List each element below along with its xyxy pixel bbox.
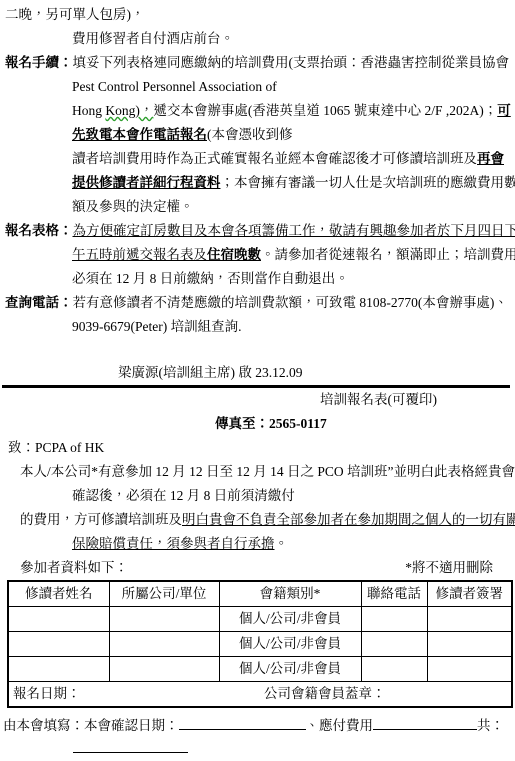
column-header: 會籍類別* bbox=[219, 581, 361, 607]
table-row: 個人/公司/非會員 bbox=[8, 657, 512, 682]
declaration-line-4: 保險賠償責任，須參與者自行承擔。 bbox=[0, 532, 515, 556]
spellcheck-underlined-text: Kong)， bbox=[105, 103, 153, 118]
procedure-line-2: Pest Control Personnel Association of bbox=[0, 75, 515, 99]
blank-cell bbox=[361, 657, 427, 682]
emphasized-text: 查詢電話： bbox=[5, 295, 73, 310]
text-segment: ；本會擁有審議一切人仕是次培訓班的應繳費用數 bbox=[221, 175, 515, 190]
text-segment: Hong bbox=[72, 103, 105, 118]
registration-date-label: 報名日期： bbox=[9, 686, 81, 701]
text-segment: 的費用，方可修讀培訓班及 bbox=[20, 512, 182, 527]
table-header-row: 修讀者姓名所屬公司/單位會籍類別*聯絡電話修讀者簽署 bbox=[8, 581, 512, 607]
text-segment: 。請參加者從速報名，額滿即止；培訓費用 bbox=[261, 247, 515, 262]
membership-type-cell: 個人/公司/非會員 bbox=[219, 607, 361, 632]
emphasized-text: 保險賠償責任，須參與者自行承擔 bbox=[72, 536, 275, 551]
blank-cell bbox=[361, 632, 427, 657]
registration-form-text: 培訓報名表(可覆印)傳真至：2565-0117致：PCPA of HK本人/本公… bbox=[0, 388, 515, 556]
form-info-line-1: 報名表格：為方便確定訂房數目及本會各項籌備工作，敬請有興趣參加者於下月四日下 bbox=[0, 219, 515, 243]
blank-cell bbox=[109, 632, 219, 657]
text-segment: 額及參與的決定權。 bbox=[72, 199, 194, 214]
table-row: 個人/公司/非會員 bbox=[8, 607, 512, 632]
membership-type-cell: 個人/公司/非會員 bbox=[219, 657, 361, 682]
blank-underline bbox=[73, 752, 188, 753]
text-segment: 梁廣源(培訓組主席) 啟 23.12.09 bbox=[118, 365, 303, 380]
emphasized-text: 報名手續： bbox=[5, 55, 73, 70]
form-title-line: 培訓報名表(可覆印) bbox=[0, 388, 515, 412]
column-header: 所屬公司/單位 bbox=[109, 581, 219, 607]
emphasized-text: 午五時前遞交報名表及 bbox=[72, 247, 207, 262]
participants-table: 修讀者姓名所屬公司/單位會籍類別*聯絡電話修讀者簽署個人/公司/非會員個人/公司… bbox=[7, 580, 513, 708]
text-segment: 確認後，必須在 12 月 8 日前須清繳付 bbox=[72, 488, 295, 503]
text-segment: 本人/本公司*有意參加 12 月 12 日至 12 月 14 日之 PCO 培訓… bbox=[20, 464, 515, 479]
text-segment: 填妥下列表格連同應繳納的培訓費用(支票抬頭：香港蟲害控制從業員協會 bbox=[73, 55, 510, 70]
procedure-line-3: Hong Kong)，遞交本會辦事處(香港英皇道 1065 號東達中心 2/F … bbox=[0, 99, 515, 123]
blank-cell bbox=[109, 657, 219, 682]
procedure-line-4: 先致電本會作電話報名(本會憑收到修 bbox=[0, 123, 515, 147]
fax-line: 傳真至：2565-0117 bbox=[0, 412, 515, 436]
addressee-line: 致：PCPA of HK bbox=[0, 436, 515, 460]
table-row: 個人/公司/非會員 bbox=[8, 632, 512, 657]
enquiry-line-1: 查詢電話：若有意修讀者不清楚應繳的培訓費款額，可致電 8108-2770(本會辦… bbox=[0, 291, 515, 315]
office-use-prefix: 由本會填寫：本會確認日期： bbox=[3, 718, 179, 733]
column-header: 修讀者簽署 bbox=[427, 581, 512, 607]
form-info-line-2: 午五時前遞交報名表及住宿晚數。請參加者從速報名，額滿即止；培訓費用 bbox=[0, 243, 515, 267]
text-segment: Pest Control Personnel Association of bbox=[72, 79, 277, 94]
declaration-line-1: 本人/本公司*有意參加 12 月 12 日至 12 月 14 日之 PCO 培訓… bbox=[0, 460, 515, 484]
footer-cell: 報名日期：公司會籍會員蓋章： bbox=[8, 682, 512, 708]
participants-label: 參加者資料如下： bbox=[20, 556, 128, 580]
signature-line: 梁廣源(培訓組主席) 啟 23.12.09 bbox=[0, 361, 515, 385]
delete-note: *將不適用刪除 bbox=[405, 556, 493, 580]
emphasized-text: 可 bbox=[497, 103, 511, 118]
text-segment: 二晚，另可單人包房)， bbox=[5, 7, 145, 22]
emphasized-text: 傳真至：2565-0117 bbox=[215, 416, 327, 431]
emphasized-text: 為方便確定訂房數目及本會各項籌備工作，敬請有興趣參加者於下月四日下 bbox=[73, 223, 515, 238]
text-segment: 9039-6679(Peter) 培訓組查詢. bbox=[72, 319, 241, 334]
text-segment: 必須在 12 月 8 日前繳納，否則當作自動退出。 bbox=[72, 271, 349, 286]
company-chop-label: 公司會籍會員蓋章： bbox=[264, 682, 386, 706]
training-registration-document: 二晚，另可單人包房)，費用修習者自付酒店前台。報名手續：填妥下列表格連同應繳納的… bbox=[0, 0, 515, 761]
blank-cell bbox=[8, 657, 109, 682]
hotel-note-continued-line: 二晚，另可單人包房)， bbox=[0, 3, 515, 27]
form-info-line-3: 必須在 12 月 8 日前繳納，否則當作自動退出。 bbox=[0, 267, 515, 291]
emphasized-text: 提供修讀者詳細行程資料 bbox=[72, 175, 221, 190]
blank-cell bbox=[427, 607, 512, 632]
declaration-line-3: 的費用，方可修讀培訓班及明白貴會不負責全部參加者在參加期間之個人的一切有關 bbox=[0, 508, 515, 532]
text-segment: 遞交本會辦事處(香港英皇道 1065 號東達中心 2/F ,202A)； bbox=[153, 103, 497, 118]
declaration-line-2: 確認後，必須在 12 月 8 日前須清繳付 bbox=[0, 484, 515, 508]
text-segment: 若有意修讀者不清楚應繳的培訓費款額，可致電 8108-2770(本會辦事處)、 bbox=[73, 295, 508, 310]
office-use-line: 由本會填寫：本會確認日期：、應付費用共： bbox=[0, 714, 515, 738]
emphasized-text: 再會 bbox=[477, 151, 504, 166]
office-use-suffix: 共： bbox=[477, 718, 504, 733]
blank-cell bbox=[427, 632, 512, 657]
confirm-date-blank bbox=[179, 714, 306, 730]
text-segment: 致：PCPA of HK bbox=[8, 440, 104, 455]
document-top-text: 二晚，另可單人包房)，費用修習者自付酒店前台。報名手續：填妥下列表格連同應繳納的… bbox=[0, 3, 515, 385]
column-header: 修讀者姓名 bbox=[8, 581, 109, 607]
blank-cell bbox=[427, 657, 512, 682]
text-segment: 。 bbox=[275, 536, 289, 551]
procedure-line-6: 提供修讀者詳細行程資料；本會擁有審議一切人仕是次培訓班的應繳費用數 bbox=[0, 171, 515, 195]
text-segment: 費用修習者自付酒店前台。 bbox=[72, 31, 234, 46]
fee-blank bbox=[373, 714, 477, 730]
column-header: 聯絡電話 bbox=[361, 581, 427, 607]
table-footer-row: 報名日期：公司會籍會員蓋章： bbox=[8, 682, 512, 708]
text-segment: 培訓報名表(可覆印) bbox=[320, 392, 437, 407]
emphasized-text: 報名表格： bbox=[5, 223, 73, 238]
membership-type-cell: 個人/公司/非會員 bbox=[219, 632, 361, 657]
emphasized-text: 先致電本會作電話報名 bbox=[72, 127, 207, 142]
blank-cell bbox=[8, 607, 109, 632]
participants-heading-line: 參加者資料如下： *將不適用刪除 bbox=[0, 556, 515, 580]
procedure-line-1: 報名手續：填妥下列表格連同應繳納的培訓費用(支票抬頭：香港蟲害控制從業員協會 bbox=[0, 51, 515, 75]
text-segment: 讀者培訓費用時作為正式確實報名並經本會確認後才可修讀培訓班及 bbox=[72, 151, 477, 166]
hotel-fee-line: 費用修習者自付酒店前台。 bbox=[0, 27, 515, 51]
emphasized-text: 住宿晚數 bbox=[207, 247, 261, 262]
procedure-line-7: 額及參與的決定權。 bbox=[0, 195, 515, 219]
office-use-mid: 、應付費用 bbox=[306, 718, 374, 733]
blank-cell bbox=[8, 632, 109, 657]
text-segment: (本會憑收到修 bbox=[207, 127, 293, 142]
emphasized-text: 明白貴會不負責全部參加者在參加期間之個人的一切有關 bbox=[182, 512, 515, 527]
blank-cell bbox=[109, 607, 219, 632]
blank-cell bbox=[361, 607, 427, 632]
procedure-line-5: 讀者培訓費用時作為正式確實報名並經本會確認後才可修讀培訓班及再會 bbox=[0, 147, 515, 171]
enquiry-line-2: 9039-6679(Peter) 培訓組查詢. bbox=[0, 315, 515, 339]
